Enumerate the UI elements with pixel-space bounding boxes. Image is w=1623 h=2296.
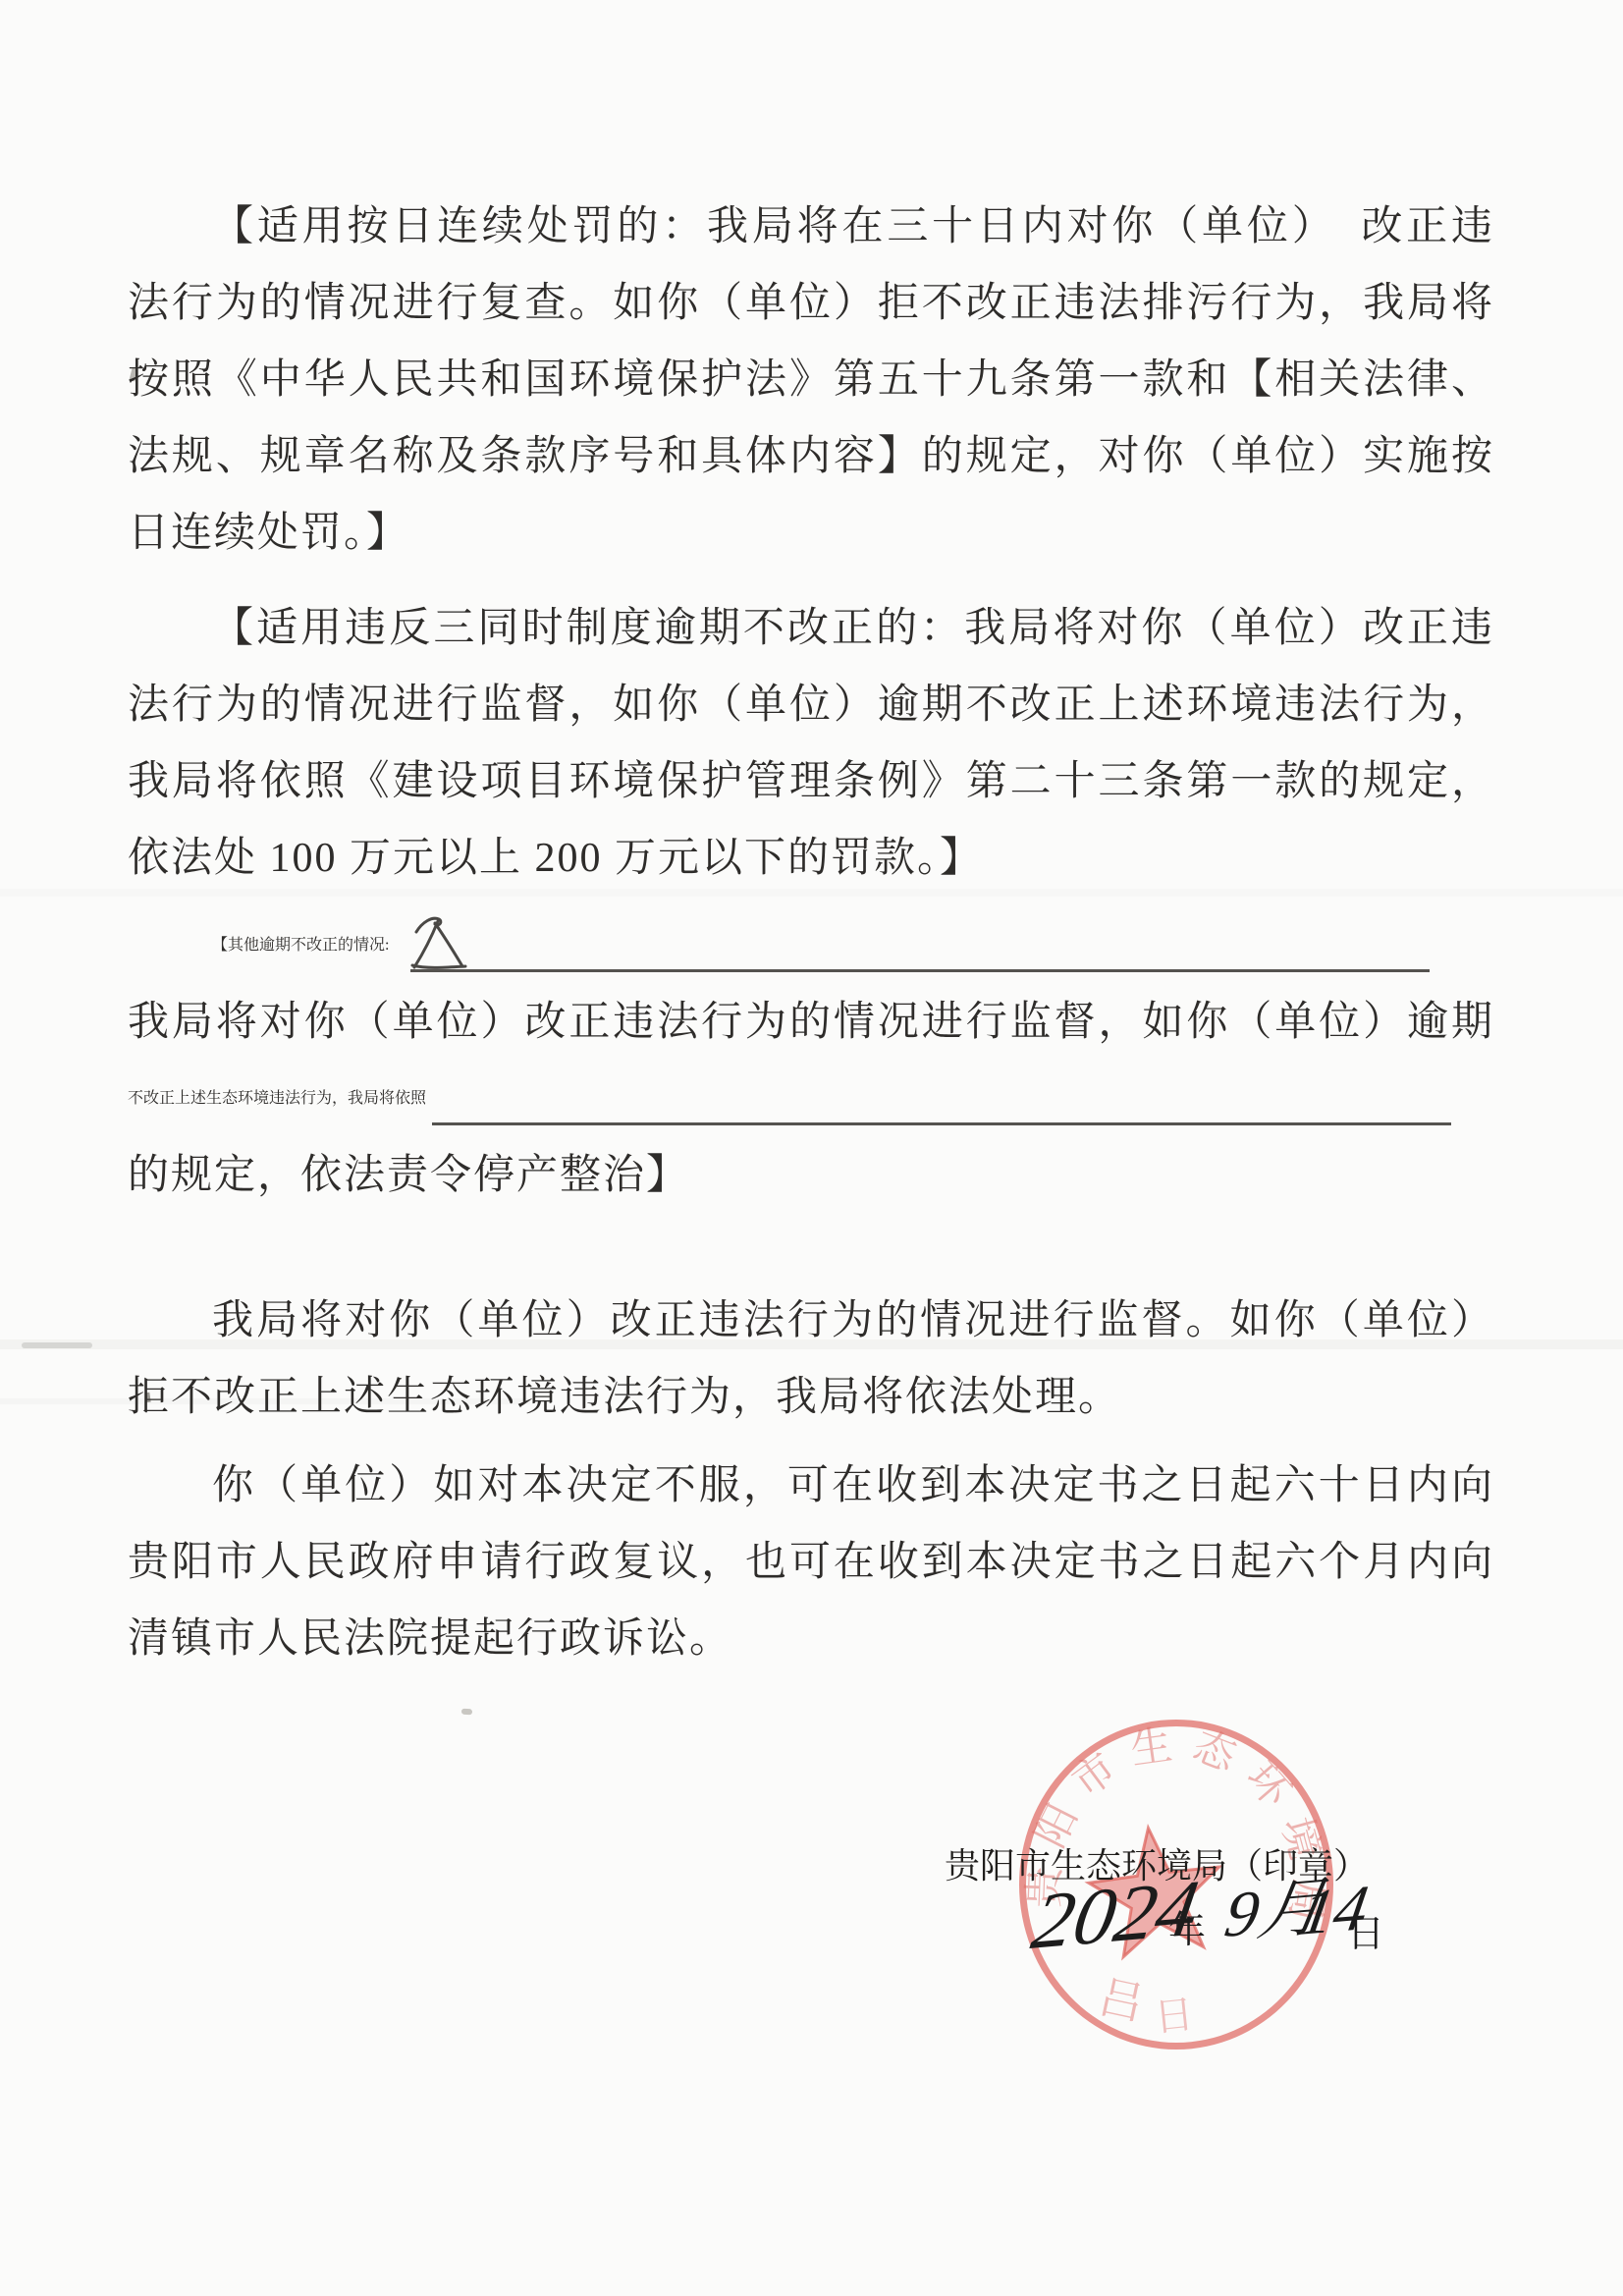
year-suffix: 年 [1168,1899,1206,1953]
paragraph-three-simultaneous: 【适用违反三同时制度逾期不改正的：我局将对你（单位）改正违 法行为的情况进行监督… [128,590,1492,897]
scan-streak [22,1342,92,1348]
text-line: 我局将依照《建设项目环境保护管理条例》第二十三条第一款的规定， [128,743,1492,820]
day-suffix: 日 [1347,1903,1384,1957]
document-body: 【适用按日连续处罚的：我局将在三十日内对你（单位） 改正违 法行为的情况进行复查… [128,189,1492,1677]
text-line: 法规、规章名称及条款序号和具体内容】的规定，对你（单位）实施按 [128,418,1492,495]
text-line: 依法处 100 万元以上 200 万元以下的罚款。】 [128,820,1492,897]
text-line: 【其他逾期不改正的情况: [128,907,1492,984]
seal-bottom-fragment: 吕 [1094,1972,1149,2030]
text-line: 不改正上述生态环境违法行为，我局将依照 [128,1061,1492,1137]
text-line: 的规定，依法责令停产整治】 [128,1137,1492,1214]
scan-speck [461,1709,472,1716]
paragraph-other-overdue: 【其他逾期不改正的情况: 我局将对你（单位）改正违法行为的情况进行监督，如你（单… [128,907,1492,1214]
text-line: 我局将对你（单位）改正违法行为的情况进行监督，如你（单位）逾期 [128,984,1492,1061]
paragraph-appeal-rights: 你（单位）如对本决定不服，可在收到本决定书之日起六十日内向 贵阳市人民政府申请行… [128,1448,1492,1677]
handwritten-none-mark [406,910,483,977]
text-line: 拒不改正上述生态环境违法行为，我局将依法处理。 [128,1359,1492,1436]
seal-bottom-fragment: 日 [1152,1992,1195,2040]
text-line: 日连续处罚。】 [128,495,1492,572]
text-line: 按照《中华人民共和国环境保护法》第五十九条第一款和【相关法律、 [128,342,1492,418]
text-line: 法行为的情况进行监督，如你（单位）逾期不改正上述环境违法行为， [128,667,1492,743]
other-overdue-label: 【其他逾期不改正的情况: [128,907,389,984]
text-line: 【适用违反三同时制度逾期不改正的：我局将对你（单位）改正违 [128,590,1492,667]
text-line: 我局将对你（单位）改正违法行为的情况进行监督。如你（单位） [128,1283,1492,1359]
text-line: 贵阳市人民政府申请行政复议，也可在收到本决定书之日起六个月内向 [128,1524,1492,1601]
paragraph-supervision: 我局将对你（单位）改正违法行为的情况进行监督。如你（单位） 拒不改正上述生态环境… [128,1283,1492,1436]
will-act-per-label: 不改正上述生态环境违法行为，我局将依照 [128,1061,426,1137]
blank-underline [432,1122,1451,1125]
text-line: 清镇市人民法院提起行政诉讼。 [128,1601,1492,1677]
text-line: 法行为的情况进行复查。如你（单位）拒不改正违法排污行为，我局将 [128,265,1492,342]
text-line: 【适用按日连续处罚的：我局将在三十日内对你（单位） 改正违 [128,189,1492,265]
text-line: 你（单位）如对本决定不服，可在收到本决定书之日起六十日内向 [128,1448,1492,1524]
blank-underline [410,969,1430,972]
paragraph-daily-penalty: 【适用按日连续处罚的：我局将在三十日内对你（单位） 改正违 法行为的情况进行复查… [128,189,1492,572]
scanned-document-page: 贵阳市生态环境局 吕 日 【适用按日连续处罚的：我局将在三十日内对你（单位） 改… [0,0,1623,2296]
